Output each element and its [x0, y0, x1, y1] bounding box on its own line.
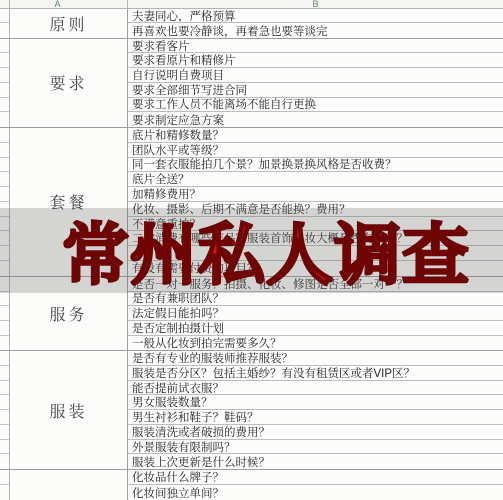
category-label: 要求	[49, 71, 87, 94]
item-column: 要求看客片要求看原片和精修片自行说明自费项目要求全部细节写进合同要求工作人员不能…	[128, 39, 503, 127]
row-number-cell[interactable]	[0, 112, 9, 127]
section-原则: 原则夫妻同心，严格预算再喜欢也要冷静谈，再着急也要等谈完	[0, 9, 503, 39]
row-number-cell[interactable]	[0, 351, 9, 366]
row-number-cell[interactable]	[0, 381, 9, 396]
spreadsheet: A B 原则夫妻同心，严格预算再喜欢也要冷静谈，再着急也要等谈完要求要求看客片要…	[0, 0, 503, 500]
category-cell[interactable]: 服务	[10, 277, 128, 350]
row-number-column	[0, 9, 10, 38]
item-cell[interactable]: 服装上次更新是什么时候？	[128, 454, 503, 469]
item-cell[interactable]: 要求工作人员不能离场不能自行更换	[128, 98, 503, 113]
section-服装: 服装是否有专业的服装师推荐服装？服装是否分区？包括主婚纱？有没有租赁区或者VIP…	[0, 351, 503, 470]
category-label: 原则	[49, 12, 87, 35]
category-cell[interactable]: 要求	[10, 39, 128, 127]
item-cell[interactable]: 一般从化妆到拍完需要多久？	[128, 336, 503, 351]
item-cell[interactable]: 团队水平或等级？	[128, 143, 503, 158]
item-cell[interactable]: 有没有需要付费的项目？	[128, 261, 503, 276]
item-column: 是否有专业的服装师推荐服装？服装是否分区？包括主婚纱？有没有租赁区或者VIP区？…	[128, 351, 503, 469]
row-number-cell[interactable]	[0, 217, 9, 232]
row-number-cell[interactable]	[0, 246, 9, 261]
row-number-cell[interactable]	[0, 68, 9, 83]
row-number-cell[interactable]	[0, 83, 9, 98]
row-number-cell[interactable]	[0, 425, 9, 440]
category-cell[interactable]	[10, 470, 128, 500]
item-cell[interactable]: 要求制定应急方案	[128, 112, 503, 127]
item-cell[interactable]: 要求看客片	[128, 39, 503, 54]
item-cell[interactable]: 化妆、摄影、后期不满意是否能换？费用？	[128, 202, 503, 217]
item-cell[interactable]: 法定假日能拍吗？	[128, 306, 503, 321]
category-label: 服装	[49, 399, 87, 422]
item-cell[interactable]: 不满意重拍？	[128, 217, 503, 232]
row-number-cell[interactable]	[0, 277, 9, 292]
item-cell[interactable]: 底片全送？	[128, 172, 503, 187]
row-number-cell[interactable]	[0, 366, 9, 381]
item-cell[interactable]: 加精修费用？	[128, 187, 503, 202]
row-number-column	[0, 351, 10, 469]
section-套餐: 套餐底片和精修数量？团队水平或等级？同一套衣服能拍几个景？加景换景换风格是否收费…	[0, 128, 503, 277]
category-cell[interactable]: 套餐	[10, 128, 128, 276]
item-cell[interactable]: 男生衬衫和鞋子？鞋码？	[128, 410, 503, 425]
item-cell[interactable]: 再喜欢也要冷静谈，再着急也要等谈完	[128, 23, 503, 37]
row-number-cell[interactable]	[0, 23, 9, 37]
row-number-cell[interactable]	[0, 9, 9, 23]
category-label: 服务	[49, 302, 87, 325]
row-number-cell[interactable]	[0, 292, 9, 307]
item-cell[interactable]: 二次消费有哪些产品？服装首饰化妆大概是否有限制？	[128, 231, 503, 246]
row-header-stub	[0, 0, 10, 8]
row-number-cell[interactable]	[0, 485, 9, 500]
row-number-column	[0, 39, 10, 127]
item-cell[interactable]: 能否提前试衣服？	[128, 381, 503, 396]
row-number-cell[interactable]	[0, 306, 9, 321]
row-number-cell[interactable]	[0, 470, 9, 485]
category-cell[interactable]: 服装	[10, 351, 128, 469]
row-number-cell[interactable]	[0, 39, 9, 54]
item-cell[interactable]: 是否定制拍摄计划	[128, 321, 503, 336]
row-number-cell[interactable]	[0, 187, 9, 202]
item-cell[interactable]: 要求看原片和精修片	[128, 53, 503, 68]
row-number-cell[interactable]	[0, 172, 9, 187]
column-header-b[interactable]: B	[128, 0, 503, 8]
row-number-cell[interactable]	[0, 143, 9, 158]
item-column: 夫妻同心，严格预算再喜欢也要冷静谈，再着急也要等谈完	[128, 9, 503, 38]
row-number-cell[interactable]	[0, 261, 9, 276]
row-number-column	[0, 470, 10, 500]
row-number-cell[interactable]	[0, 231, 9, 246]
sheet-grid: 原则夫妻同心，严格预算再喜欢也要冷静谈，再着急也要等谈完要求要求看客片要求看原片…	[0, 9, 503, 500]
item-cell[interactable]: 男女服装数量？	[128, 395, 503, 410]
item-cell[interactable]: 是否有兼职团队？	[128, 292, 503, 307]
row-number-cell[interactable]	[0, 440, 9, 455]
item-cell[interactable]: 化妆品什么牌子？	[128, 470, 503, 485]
item-column: 底片和精修数量？团队水平或等级？同一套衣服能拍几个景？加景换景换风格是否收费？底…	[128, 128, 503, 276]
row-number-cell[interactable]	[0, 336, 9, 351]
row-number-cell[interactable]	[0, 53, 9, 68]
item-cell[interactable]: 同一套衣服能拍几个景？加景换景换风格是否收费？	[128, 158, 503, 173]
item-cell[interactable]	[128, 246, 503, 261]
item-cell[interactable]: 要求全部细节写进合同	[128, 83, 503, 98]
item-cell[interactable]: 自行说明自费项目	[128, 68, 503, 83]
row-number-cell[interactable]	[0, 321, 9, 336]
item-cell[interactable]: 是否有专业的服装师推荐服装？	[128, 351, 503, 366]
column-header-row: A B	[0, 0, 503, 9]
row-number-cell[interactable]	[0, 395, 9, 410]
item-column: 是否一对一服务？拍摄、化妆、修图是否全部一对一？是否有兼职团队？法定假日能拍吗？…	[128, 277, 503, 350]
section-要求: 要求要求看客片要求看原片和精修片自行说明自费项目要求全部细节写进合同要求工作人员…	[0, 39, 503, 128]
item-column: 化妆品什么牌子？化妆间独立单间？	[128, 470, 503, 500]
item-cell[interactable]: 外景服装有限制吗？	[128, 440, 503, 455]
row-number-cell[interactable]	[0, 158, 9, 173]
row-number-cell[interactable]	[0, 98, 9, 113]
item-cell[interactable]: 服装是否分区？包括主婚纱？有没有租赁区或者VIP区？	[128, 366, 503, 381]
item-cell[interactable]: 服装清洗或者破损的费用？	[128, 425, 503, 440]
row-number-cell[interactable]	[0, 128, 9, 143]
item-cell[interactable]: 化妆间独立单间？	[128, 485, 503, 500]
row-number-column	[0, 277, 10, 350]
item-cell[interactable]: 底片和精修数量？	[128, 128, 503, 143]
item-cell[interactable]: 夫妻同心，严格预算	[128, 9, 503, 23]
row-number-column	[0, 128, 10, 276]
section-服务: 服务是否一对一服务？拍摄、化妆、修图是否全部一对一？是否有兼职团队？法定假日能拍…	[0, 277, 503, 351]
category-cell[interactable]: 原则	[10, 9, 128, 38]
item-cell[interactable]: 是否一对一服务？拍摄、化妆、修图是否全部一对一？	[128, 277, 503, 292]
row-number-cell[interactable]	[0, 202, 9, 217]
section-untitled: 化妆品什么牌子？化妆间独立单间？	[0, 470, 503, 500]
row-number-cell[interactable]	[0, 454, 9, 469]
row-number-cell[interactable]	[0, 410, 9, 425]
category-label: 套餐	[49, 190, 87, 213]
column-header-a[interactable]: A	[10, 0, 128, 8]
